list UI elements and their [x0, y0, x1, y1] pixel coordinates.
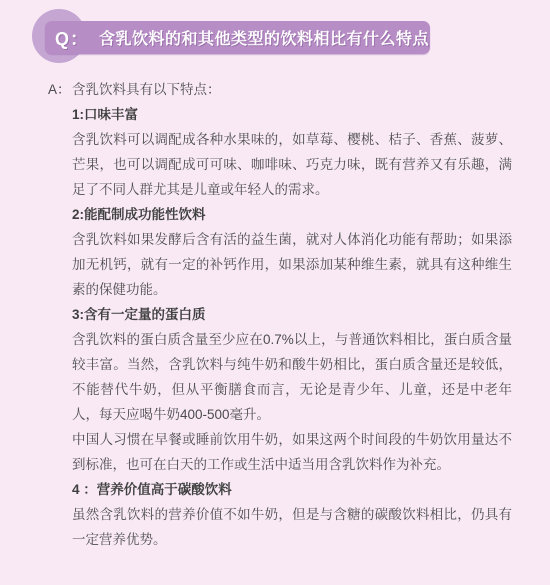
- answer-section-nutrition: 4 ：营养价值高于碳酸饮料 虽然含乳饮料的营养价值不如牛奶，但是与含糖的碳酸饮料…: [0, 477, 512, 552]
- answer-block: A： 含乳饮料具有以下特点： 1:口味丰富 含乳饮料可以调配成各种水果味的，如草…: [0, 77, 512, 552]
- answer-section-functional: 2:能配制成功能性饮料 含乳饮料如果发酵后含有活的益生菌，就对人体消化功能有帮助…: [0, 202, 512, 302]
- answer-section-protein: 3:含有一定量的蛋白质 含乳饮料的蛋白质含量至少应在0.7%以上，与普通饮料相比…: [0, 302, 512, 477]
- section-heading: 1:口味丰富: [72, 102, 512, 127]
- section-paragraph: 中国人习惯在早餐或睡前饮用牛奶，如果这两个时间段的牛奶饮用量达不到标准，也可在白…: [72, 427, 512, 477]
- question-title: 含乳饮料的和其他类型的饮料相比有什么特点: [99, 26, 429, 49]
- question-label: Q：: [55, 25, 89, 51]
- answer-section-taste: 1:口味丰富 含乳饮料可以调配成各种水果味的，如草莓、樱桃、桔子、香蕉、菠萝、芒…: [0, 102, 512, 202]
- answer-label: A：: [48, 77, 72, 102]
- question-banner: Q： 含乳饮料的和其他类型的饮料相比有什么特点: [0, 0, 550, 70]
- section-paragraph: 虽然含乳饮料的营养价值不如牛奶，但是与含糖的碳酸饮料相比，仍具有一定营养优势。: [72, 502, 512, 552]
- answer-intro-line: A： 含乳饮料具有以下特点：: [0, 77, 512, 102]
- section-paragraph: 含乳饮料如果发酵后含有活的益生菌，就对人体消化功能有帮助；如果添加无机钙，就有一…: [72, 227, 512, 302]
- section-heading: 2:能配制成功能性饮料: [72, 202, 512, 227]
- section-paragraph: 含乳饮料的蛋白质含量至少应在0.7%以上，与普通饮料相比，蛋白质含量较丰富。当然…: [72, 327, 512, 427]
- banner-pill: Q： 含乳饮料的和其他类型的饮料相比有什么特点: [45, 21, 430, 54]
- section-heading: 4 ：营养价值高于碳酸饮料: [72, 477, 512, 502]
- answer-intro-text: 含乳饮料具有以下特点：: [72, 77, 221, 102]
- section-heading: 3:含有一定量的蛋白质: [72, 302, 512, 327]
- section-paragraph: 含乳饮料可以调配成各种水果味的，如草莓、樱桃、桔子、香蕉、菠萝、芒果，也可以调配…: [72, 127, 512, 202]
